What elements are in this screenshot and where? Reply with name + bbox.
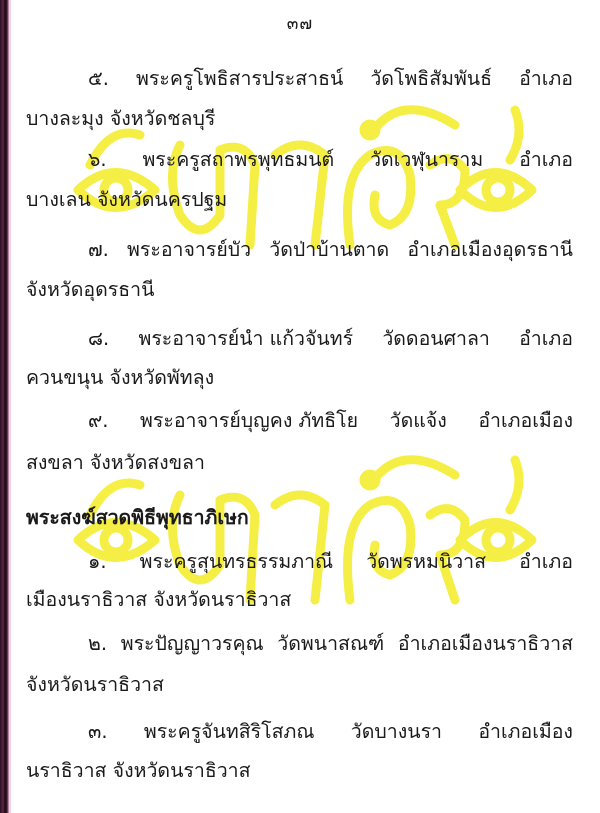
temple-name: วัดพนาสณฑ์ <box>277 631 384 657</box>
monk-name: พระอาจารย์นำ แก้วจันทร์ <box>138 326 353 352</box>
monk-name: พระครูโพธิสารประสาธน์ <box>136 66 343 92</box>
page-edge-highlight <box>9 0 11 813</box>
list-item-8-line2: ควนขนุน จังหวัดพัทลุง <box>26 365 214 391</box>
item-number: ๙. <box>88 408 108 434</box>
page-number: ๓๗ <box>0 10 600 37</box>
monk-name: พระครูสถาพรพุทธมนต์ <box>142 147 334 173</box>
list-item-7-line1: ๗. พระอาจารย์บัว วัดป่าบ้านตาด อำเภอเมือ… <box>88 237 573 263</box>
list-item-5-line2: บางละมุง จังหวัดชลบุรี <box>26 106 215 132</box>
monk-name: พระอาจารย์บัว <box>127 237 251 263</box>
temple-name: วัดเวฬุนาราม <box>370 147 483 173</box>
list-item-2-line2: จังหวัดนราธิวาส <box>26 672 164 698</box>
item-number: ๗. <box>88 237 109 263</box>
list-item-9-line2: สงขลา จังหวัดสงขลา <box>26 450 205 476</box>
monk-name: พระครูจันทสิริโสภณ <box>144 719 315 745</box>
district-label: อำเภอเมือง <box>478 408 573 434</box>
district-label: อำเภอ <box>519 66 573 92</box>
list-item-8-line1: ๘. พระอาจารย์นำ แก้วจันทร์ วัดดอนศาลา อำ… <box>88 326 573 352</box>
list-item-7-line2: จังหวัดอุดรธานี <box>26 277 154 303</box>
item-number: ๑. <box>88 549 107 575</box>
monk-name: พระอาจารย์บุญคง ภัทธิโย <box>140 408 358 434</box>
page-binding-edge <box>0 0 9 813</box>
list-item-2-line1: ๒. พระปัญญาวรคุณ วัดพนาสณฑ์ อำเภอเมืองนร… <box>88 631 573 657</box>
district-label: อำเภอ <box>519 549 573 575</box>
item-number: ๕. <box>88 66 109 92</box>
item-number: ๘. <box>88 326 109 352</box>
district-label: อำเภอ <box>519 326 573 352</box>
temple-name: วัดพรหมนิวาส <box>366 549 486 575</box>
district-label: อำเภอเมืองนราธิวาส <box>398 631 573 657</box>
district-label: อำเภอ <box>519 147 573 173</box>
item-number: ๒. <box>88 631 107 657</box>
list-item-3-line2: นราธิวาส จังหวัดนราธิวาส <box>26 758 251 784</box>
monk-name: พระปัญญาวรคุณ <box>121 631 264 657</box>
district-label: อำเภอเมือง <box>478 719 573 745</box>
temple-name: วัดดอนศาลา <box>382 326 490 352</box>
list-item-1-line2: เมืองนราธิวาส จังหวัดนราธิวาส <box>26 587 291 613</box>
temple-name: วัดโพธิสัมพันธ์ <box>370 66 492 92</box>
list-item-9-line1: ๙. พระอาจารย์บุญคง ภัทธิโย วัดแจ้ง อำเภอ… <box>88 408 573 434</box>
monk-name: พระครูสุนทรธรรมภาณี <box>140 549 333 575</box>
section-heading: พระสงฆ์สวดพิธีพุทธาภิเษก <box>26 505 249 531</box>
list-item-6-line1: ๖. พระครูสถาพรพุทธมนต์ วัดเวฬุนาราม อำเภ… <box>88 147 573 173</box>
temple-name: วัดบางนรา <box>351 719 442 745</box>
item-number: ๓. <box>88 719 108 745</box>
district-label: อำเภอเมืองอุดรธานี <box>407 237 573 263</box>
list-item-5-line1: ๕. พระครูโพธิสารประสาธน์ วัดโพธิสัมพันธ์… <box>88 66 573 92</box>
temple-name: วัดป่าบ้านตาด <box>269 237 389 263</box>
list-item-1-line1: ๑. พระครูสุนทรธรรมภาณี วัดพรหมนิวาส อำเภ… <box>88 549 573 575</box>
item-number: ๖. <box>88 147 107 173</box>
list-item-3-line1: ๓. พระครูจันทสิริโสภณ วัดบางนรา อำเภอเมื… <box>88 719 573 745</box>
temple-name: วัดแจ้ง <box>390 408 447 434</box>
list-item-6-line2: บางเลน จังหวัดนครปฐม <box>26 187 227 213</box>
